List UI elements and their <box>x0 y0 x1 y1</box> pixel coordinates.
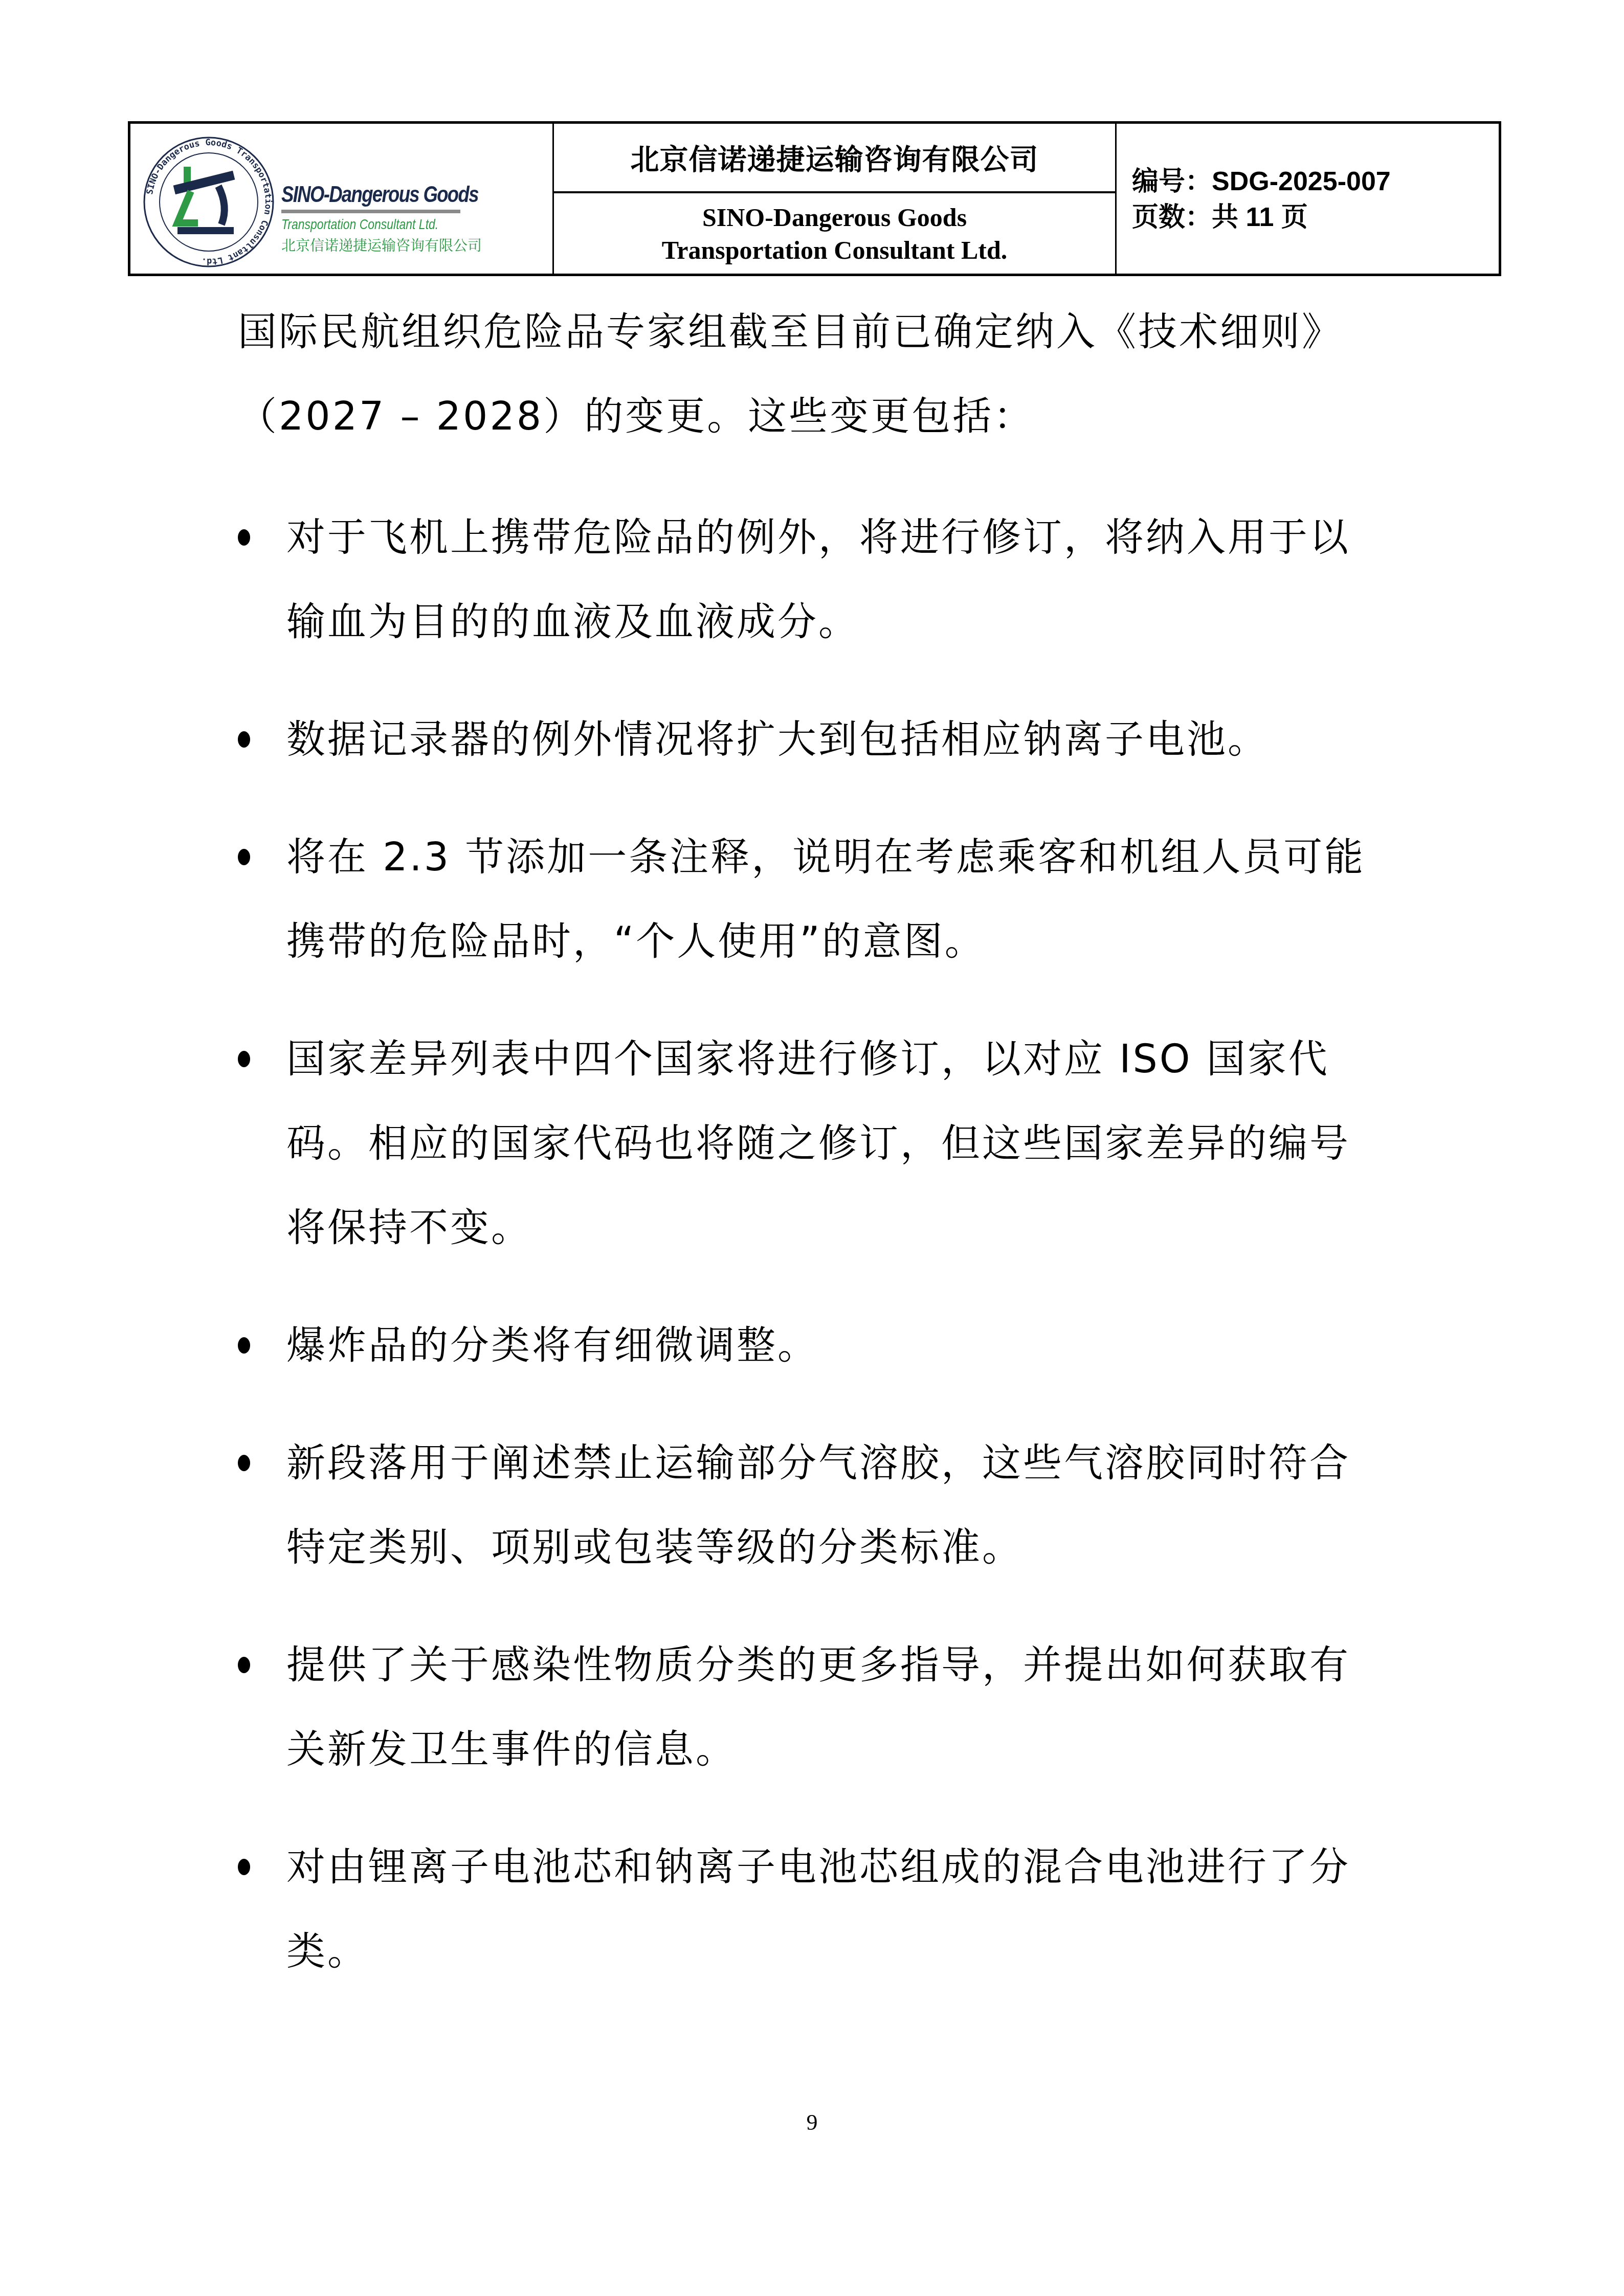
intro-paragraph: 国际民航组织危险品专家组截至目前已确定纳入《技术细则》（2027 – 2028）… <box>238 289 1384 458</box>
bullet-icon <box>238 1017 251 1101</box>
company-name-cn: 北京信诺递捷运输咨询有限公司 <box>631 137 1039 178</box>
list-item-text: 提供了关于感染性物质分类的更多指导，并提出如何获取有关新发卫生事件的信息。 <box>286 1642 1350 1772</box>
list-item-text: 爆炸品的分类将有细微调整。 <box>286 1322 818 1368</box>
header-logo-cell: SINO-Dangerous Goods Transportation Cons… <box>130 124 554 274</box>
list-item: 提供了关于感染性物质分类的更多指导，并提出如何获取有关新发卫生事件的信息。 <box>238 1623 1384 1791</box>
list-item-text: 将在 2.3 节添加一条注释，说明在考虑乘客和机组人员可能携带的危险品时，“个人… <box>286 834 1365 964</box>
bullet-icon <box>238 1825 251 1909</box>
logo-wordmark: SINO-Dangerous Goods Transportation Cons… <box>281 182 465 255</box>
list-item: 对于飞机上携带危险品的例外，将进行修订，将纳入用于以输血为目的的血液及血液成分。 <box>238 495 1384 664</box>
bullet-icon <box>238 495 251 579</box>
document-number: 编号：SDG-2025-007 <box>1132 164 1391 199</box>
list-item: 对由锂离子电池芯和钠离子电池芯组成的混合电池进行了分类。 <box>238 1825 1384 1993</box>
company-name-en-line2: Transportation Consultant Ltd. <box>662 234 1008 266</box>
list-item-text: 新段落用于阐述禁止运输部分气溶胶，这些气溶胶同时符合特定类别、项别或包装等级的分… <box>286 1440 1350 1570</box>
page-number: 9 <box>0 2109 1624 2135</box>
bullet-icon <box>238 815 251 899</box>
page-count: 页数：共 11 页 <box>1132 199 1391 235</box>
header-meta-cell: 编号：SDG-2025-007 页数：共 11 页 <box>1117 124 1499 274</box>
company-name-en-line1: SINO-Dangerous Goods <box>702 201 967 234</box>
list-item: 国家差异列表中四个国家将进行修订，以对应 ISO 国家代码。相应的国家代码也将随… <box>238 1017 1384 1270</box>
list-item: 新段落用于阐述禁止运输部分气溶胶，这些气溶胶同时符合特定类别、项别或包装等级的分… <box>238 1421 1384 1589</box>
header-company-cell: 北京信诺递捷运输咨询有限公司 SINO-Dangerous Goods Tran… <box>554 124 1117 274</box>
document-header-table: SINO-Dangerous Goods Transportation Cons… <box>128 121 1501 276</box>
list-item: 爆炸品的分类将有细微调整。 <box>238 1303 1384 1387</box>
company-logo: SINO-Dangerous Goods Transportation Cons… <box>136 129 549 272</box>
company-name-cn-row: 北京信诺递捷运输咨询有限公司 <box>554 124 1115 193</box>
list-item-text: 数据记录器的例外情况将扩大到包括相应钠离子电池。 <box>286 716 1269 762</box>
document-meta: 编号：SDG-2025-007 页数：共 11 页 <box>1132 164 1391 235</box>
list-item-text: 国家差异列表中四个国家将进行修订，以对应 ISO 国家代码。相应的国家代码也将随… <box>286 1036 1350 1250</box>
logo-divider <box>281 210 460 213</box>
list-item-text: 对由锂离子电池芯和钠离子电池芯组成的混合电池进行了分类。 <box>286 1844 1350 1974</box>
bullet-icon <box>238 1303 251 1387</box>
bullet-icon <box>238 1623 251 1707</box>
list-item-text: 对于飞机上携带危险品的例外，将进行修订，将纳入用于以输血为目的的血液及血液成分。 <box>286 514 1350 644</box>
logo-name-cn: 北京信诺递捷运输咨询有限公司 <box>281 235 465 255</box>
list-item: 将在 2.3 节添加一条注释，说明在考虑乘客和机组人员可能携带的危险品时，“个人… <box>238 815 1384 983</box>
list-item: 数据记录器的例外情况将扩大到包括相应钠离子电池。 <box>238 697 1384 781</box>
svg-text:SINO-Dangerous Goods Transport: SINO-Dangerous Goods Transportation Cons… <box>145 138 273 266</box>
changes-list: 对于飞机上携带危险品的例外，将进行修订，将纳入用于以输血为目的的血液及血液成分。… <box>238 495 1384 2027</box>
logo-subtitle-en: Transportation Consultant Ltd. <box>281 216 432 233</box>
bullet-icon <box>238 697 251 781</box>
logo-name-en: SINO-Dangerous Goods <box>281 182 434 208</box>
company-seal-icon: SINO-Dangerous Goods Transportation Cons… <box>142 135 276 269</box>
company-name-en-row: SINO-Dangerous Goods Transportation Cons… <box>554 193 1115 274</box>
bullet-icon <box>238 1421 251 1505</box>
